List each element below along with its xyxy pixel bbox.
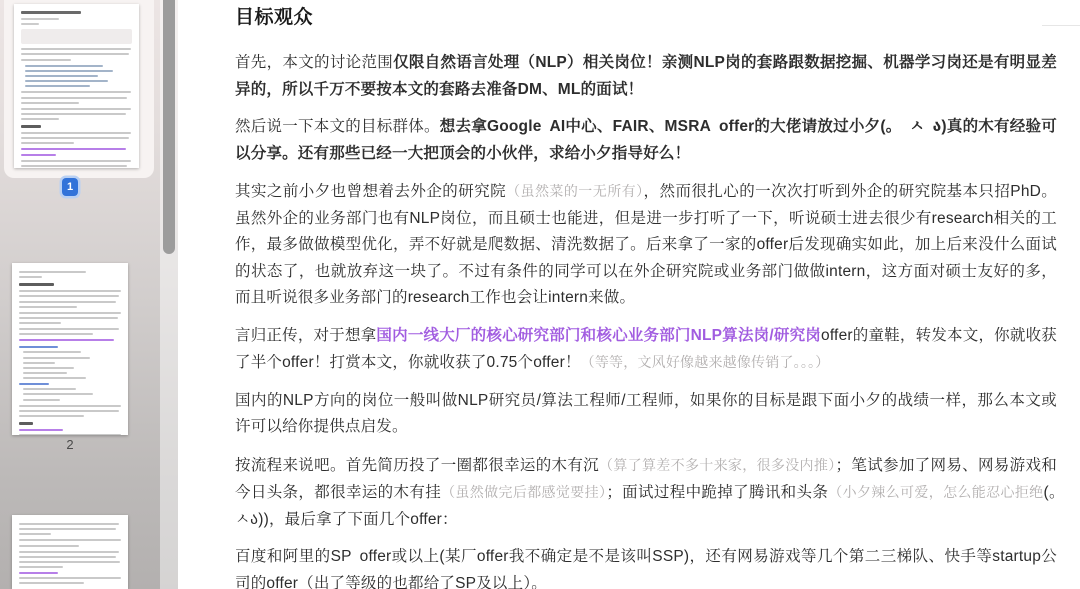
- text-run: ；面试过程中跪掉了腾讯和头条: [606, 484, 828, 501]
- paragraph: 然后说一下本文的目标群体。想去拿Google AI中心、FAIR、MSRA of…: [235, 114, 1057, 167]
- page-thumbnail-1[interactable]: [14, 4, 139, 168]
- text-run: （等等，文风好像越来越像传销了。。。）: [581, 354, 830, 370]
- text-run: （算了算差不多十来家，很多没内推）: [599, 457, 836, 473]
- paragraph: 首先，本文的讨论范围仅限自然语言处理（NLP）相关岗位！亲测NLP岗的套路跟数据…: [235, 50, 1057, 103]
- paragraph: 其实之前小夕也曾想着去外企的研究院（虽然菜的一无所有），然而很扎心的一次次打听到…: [235, 178, 1057, 312]
- text-run: ，然而很扎心的一次次打听到外企的研究院基本只招PhD。虽然外企的业务部门也有NL…: [235, 183, 1057, 306]
- page-number-label-2: 2: [0, 437, 140, 452]
- paragraph: 按流程来说吧。首先简历投了一圈都很幸运的木有沉（算了算差不多十来家，很多没内推）…: [235, 452, 1057, 534]
- paragraph: 言归正传，对于想拿国内一线大厂的核心研究部门和核心业务部门NLP算法岗/研究岗o…: [235, 323, 1057, 377]
- text-run: 国内一线大厂的核心研究部门和核心业务部门NLP算法岗/研究岗: [376, 327, 821, 344]
- current-page-badge: 1: [62, 178, 78, 196]
- content-divider-line: [1042, 25, 1080, 26]
- article-title: 目标观众: [235, 2, 1057, 29]
- text-run: （小夕辣么可爱，怎么能忍心拒绝: [828, 484, 1043, 500]
- text-run: 其实之前小夕也曾想着去外企的研究院: [235, 183, 506, 200]
- text-run: （虽然做完后都感觉要挂）: [441, 484, 606, 500]
- text-run: （虽然菜的一无所有）: [506, 183, 643, 199]
- paragraph: 百度和阿里的SP offer或以上(某厂offer我不确定是不是该叫SSP)，还…: [235, 544, 1057, 589]
- page-thumbnail-3[interactable]: [12, 515, 128, 589]
- article-body: 首先，本文的讨论范围仅限自然语言处理（NLP）相关岗位！亲测NLP岗的套路跟数据…: [235, 50, 1057, 589]
- article-content: 目标观众 首先，本文的讨论范围仅限自然语言处理（NLP）相关岗位！亲测NLP岗的…: [178, 0, 1080, 589]
- thumbnail-sidebar: 1 2: [0, 0, 178, 589]
- text-run: 国内的NLP方向的岗位一般叫做NLP研究员/算法工程师/工程师，如果你的目标是跟…: [235, 392, 1057, 436]
- sidebar-scrollbar[interactable]: [163, 0, 175, 254]
- text-run: 言归正传，对于想拿: [235, 327, 376, 344]
- text-run: 首先，本文的讨论范围: [235, 54, 393, 71]
- text-run: 然后说一下本文的目标群体。: [235, 118, 440, 135]
- paragraph: 国内的NLP方向的岗位一般叫做NLP研究员/算法工程师/工程师，如果你的目标是跟…: [235, 388, 1057, 441]
- text-run: 按流程来说吧。首先简历投了一圈都很幸运的木有沉: [235, 457, 599, 474]
- page-thumbnail-2[interactable]: [12, 263, 128, 435]
- text-run: 百度和阿里的SP offer或以上(某厂offer我不确定是不是该叫SSP)，还…: [235, 548, 1057, 589]
